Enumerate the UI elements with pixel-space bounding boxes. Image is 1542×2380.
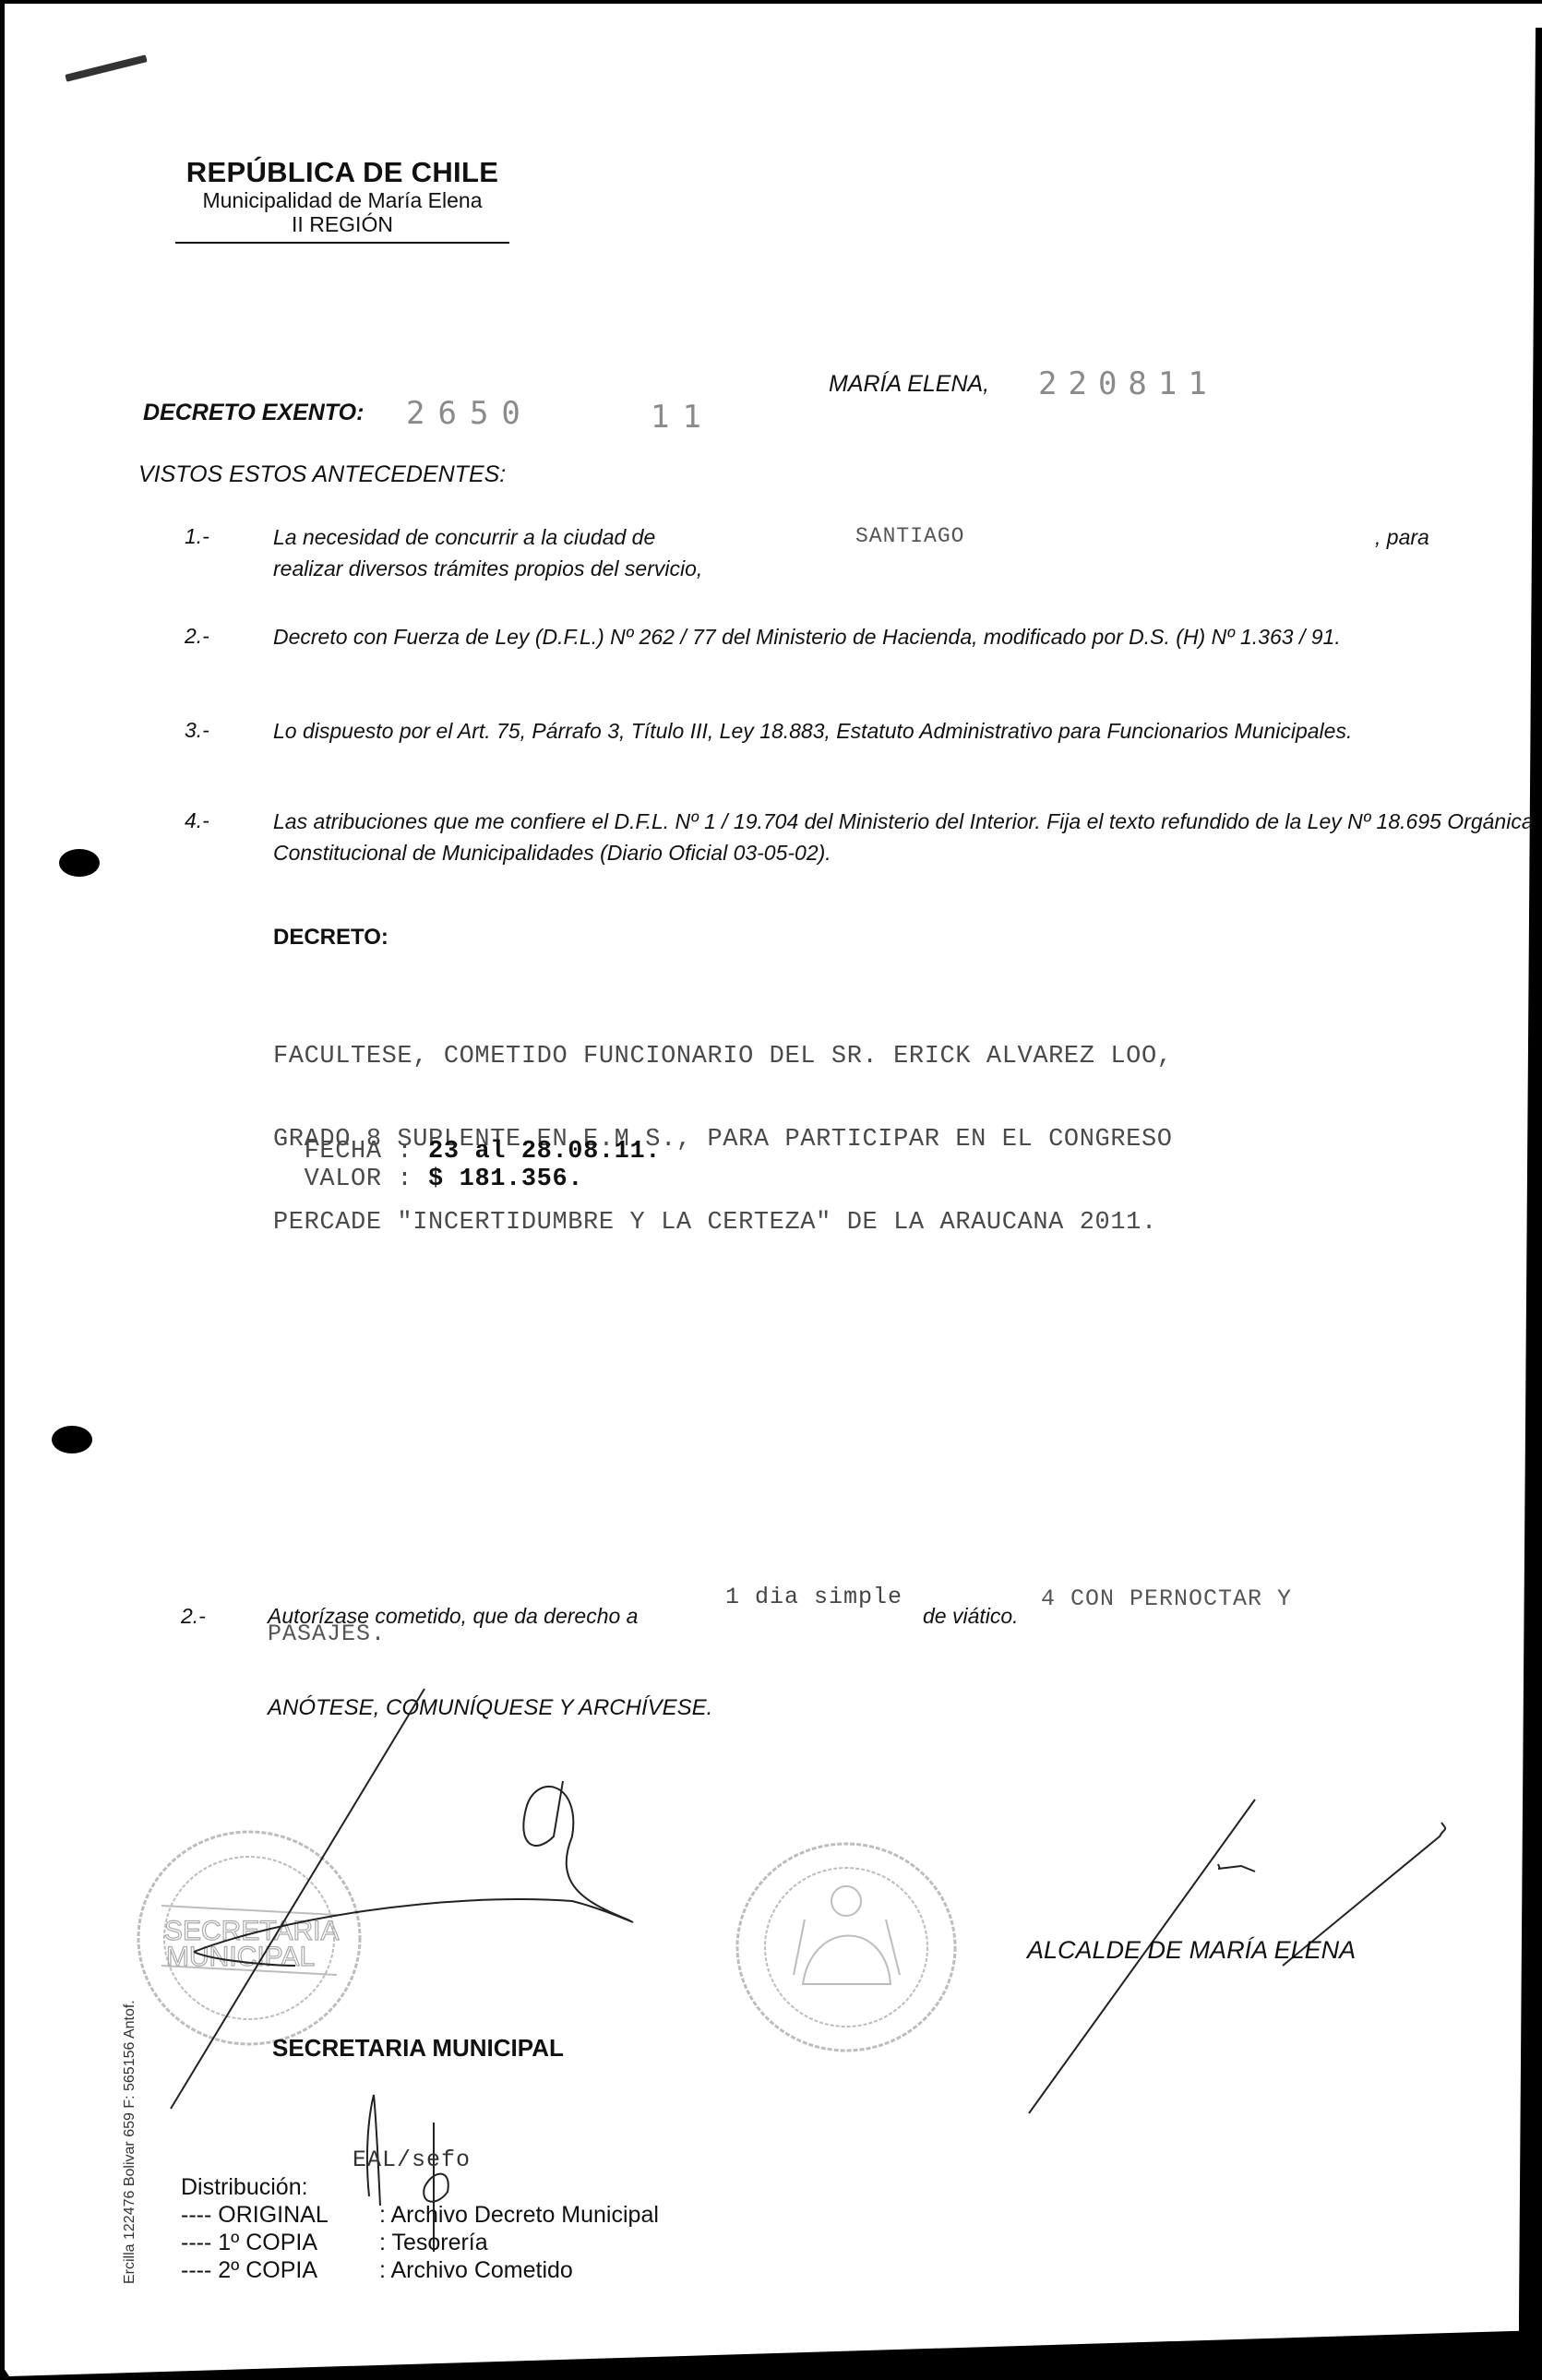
place-label: MARÍA ELENA, (829, 371, 989, 398)
decreto-line: PERCADE "INCERTIDUMBRE Y LA CERTEZA" DE … (273, 1209, 1173, 1237)
decreto-line: FACULTESE, COMETIDO FUNCIONARIO DEL SR. … (273, 1043, 1173, 1070)
vistos-item-4-text: Las atribuciones que me confiere el D.F.… (273, 806, 1537, 868)
scan-border-left (0, 0, 5, 2380)
secretary-title: SECRETARIA MUNICIPAL (272, 2034, 564, 2063)
municipality-name: Municipalidad de María Elena (175, 188, 509, 212)
vistos-item-2-text: Decreto con Fuerza de Ley (D.F.L.) Nº 26… (273, 621, 1537, 652)
closing-formula: ANÓTESE, COMUNÍQUESE Y ARCHÍVESE. (268, 1692, 712, 1724)
decree-number-stamp: 2650 (406, 395, 533, 432)
distribution-row-label: ---- 2º COPIA (181, 2256, 379, 2284)
distribution-row: ---- 2º COPIA : Archivo Cometido (181, 2256, 659, 2284)
staple-mark (65, 54, 147, 82)
decree-item-number: 2.- (181, 1604, 206, 1629)
initials: EAL/sefo (353, 2147, 471, 2173)
distribution-row-label: ---- ORIGINAL (181, 2201, 379, 2229)
letterhead: REPÚBLICA DE CHILE Municipalidad de Marí… (175, 157, 509, 236)
vistos-item-1-line2: realizar diversos trámites propios del s… (273, 553, 702, 584)
distribution-row-label: ---- 1º COPIA (181, 2229, 379, 2256)
destination-city: SANTIAGO (855, 524, 964, 548)
distribution-row: ---- ORIGINAL : Archivo Decreto Municipa… (181, 2201, 659, 2229)
punch-hole-top (59, 849, 100, 877)
valor-row: VALOR : $ 181.356. (273, 1138, 583, 1193)
mayor-title: ALCALDE DE MARÍA ELENA (1027, 1936, 1356, 1965)
vistos-item-1-text: La necesidad de concurrir a la ciudad de (273, 521, 655, 553)
viatico-days: 1 dia simple (725, 1584, 902, 1610)
viatico-extra: 4 CON PERNOCTAR Y (1041, 1585, 1292, 1612)
distribution-row: ---- 1º COPIA : Tesorería (181, 2229, 659, 2256)
mayor-seal (737, 1844, 955, 2051)
decreto-heading: DECRETO: (273, 925, 388, 951)
printer-imprint: Ercilla 122476 Bolivar 659 F: 565156 Ant… (122, 2000, 138, 2284)
region-name: II REGIÓN (175, 212, 509, 236)
scan-border-top (0, 0, 1542, 4)
secretary-seal (138, 1832, 360, 2044)
viatico-extra-line2: PASAJES. (268, 1621, 386, 1647)
vistos-item-1-suffix: , para (1375, 521, 1429, 553)
decree-year-stamp: 11 (651, 399, 714, 436)
seal-text: MUNICIPAL (166, 1942, 315, 1972)
vistos-item-number: 1.- (185, 524, 209, 549)
date-stamp: 220811 (1038, 365, 1218, 402)
distribution-heading: Distribución: (181, 2173, 659, 2201)
punch-hole-bottom (52, 1426, 92, 1453)
vistos-item-number: 4.- (185, 808, 209, 833)
decree-label: DECRETO EXENTO: (143, 400, 364, 426)
country-title: REPÚBLICA DE CHILE (175, 157, 509, 188)
vistos-heading: VISTOS ESTOS ANTECEDENTES: (138, 461, 506, 488)
distribution-list: Distribución: ---- ORIGINAL : Archivo De… (181, 2173, 659, 2284)
distribution-row-value: : Tesorería (379, 2229, 488, 2256)
vistos-item-number: 2.- (185, 624, 209, 649)
viatico-suffix: de viático. (923, 1600, 1019, 1632)
distribution-row-value: : Archivo Decreto Municipal (379, 2201, 659, 2229)
letterhead-rule (175, 242, 509, 244)
vistos-item-3-text: Lo dispuesto por el Art. 75, Párrafo 3, … (273, 715, 1537, 747)
distribution-row-value: : Archivo Cometido (379, 2256, 573, 2284)
valor-label: VALOR (305, 1166, 382, 1193)
seal-text: SECRETARIA (164, 1916, 339, 1946)
valor-value: $ 181.356. (428, 1166, 583, 1193)
vistos-item-number: 3.- (185, 718, 209, 743)
